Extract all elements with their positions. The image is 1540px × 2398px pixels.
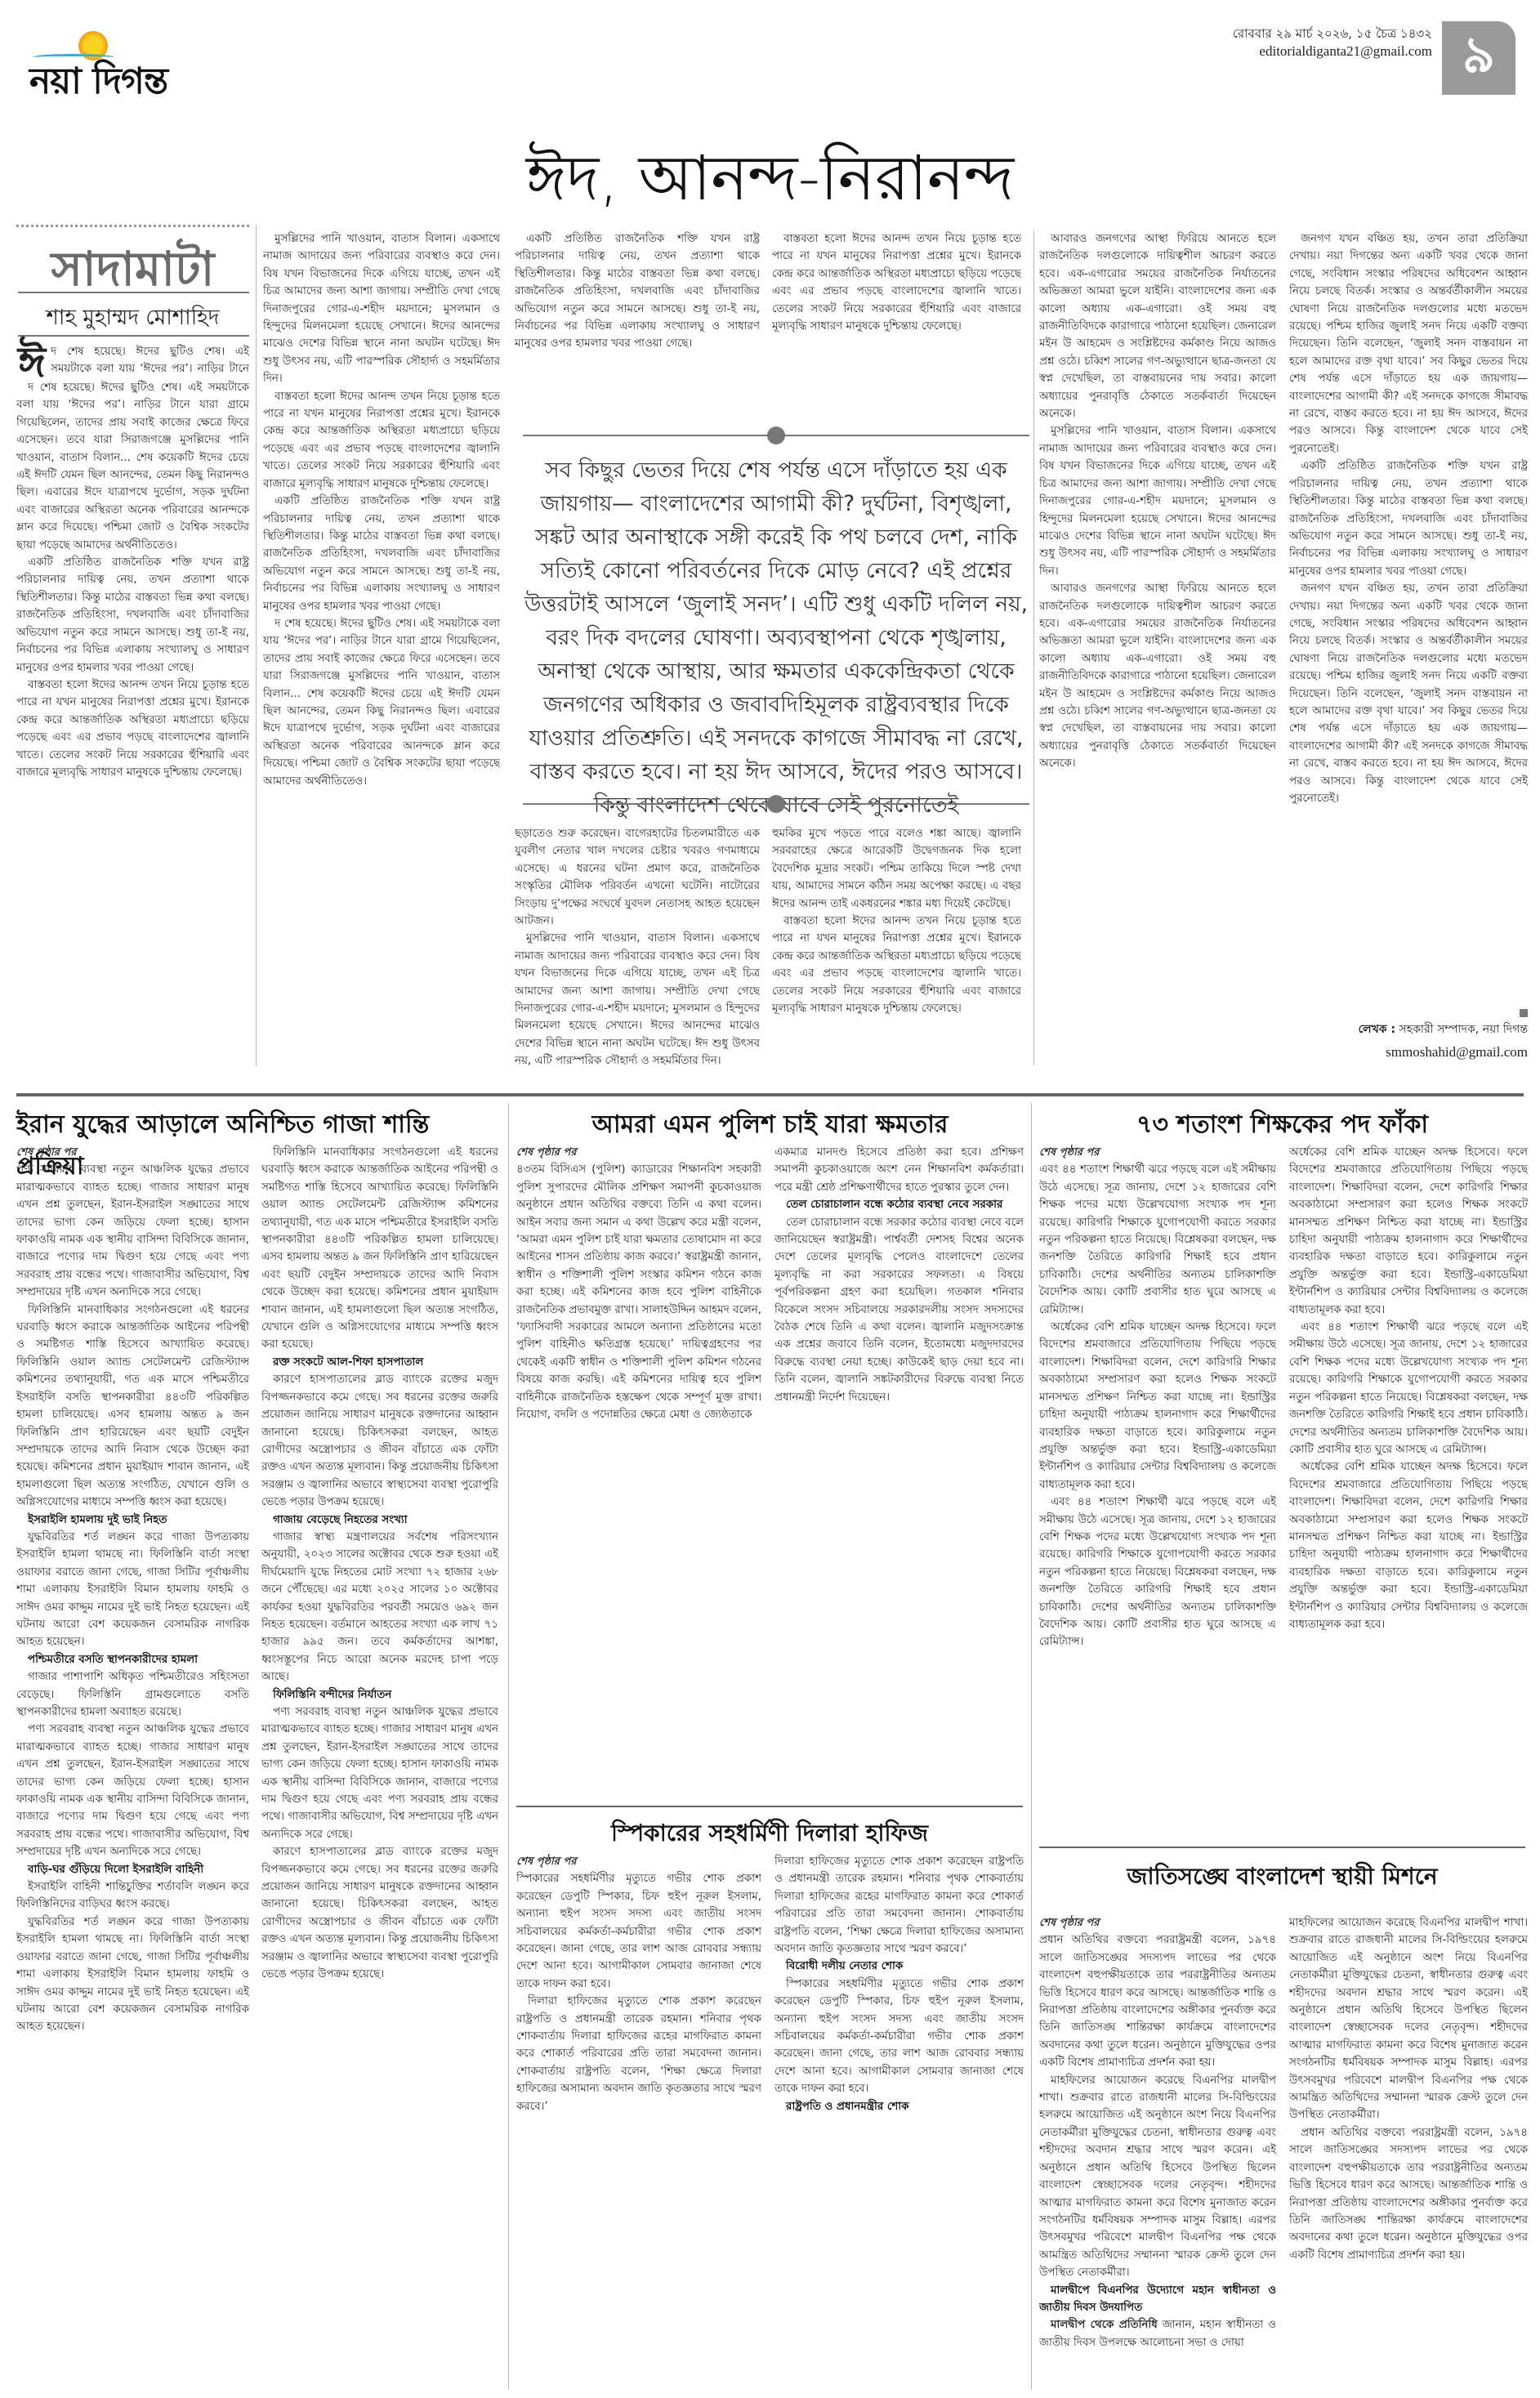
un-col1: শেষ পৃষ্ঠার পর প্রধান অতিথির বক্তব্যে পর… [1039, 1914, 1276, 2372]
teachers-col1: শেষ পৃষ্ঠার পর এবং ৪৪ শতাংশ শিক্ষার্থী ঝ… [1039, 1144, 1276, 1822]
subhead: তেল চোরাচালান বন্ধে কঠোর ব্যবস্থা নেবে স… [774, 1196, 1024, 1213]
logo-text: নয়া দিগন্ত [29, 54, 167, 114]
speaker-col2: দিলারা হাফিজের মৃত্যুতে শোক প্রকাশ করেছে… [774, 1853, 1024, 2390]
column-rule [1031, 1103, 1032, 2390]
police-col1: শেষ পৃষ্ঠার পর ৪৩তম বিসিএস (পুলিশ) ক্যাড… [516, 1144, 761, 1797]
section-divider [1039, 1847, 1525, 1848]
divider [18, 335, 249, 337]
editorial-body-col3: একটি প্রতিষ্ঠিত রাজনৈতিক শক্তি যখন রাষ্ট… [515, 230, 760, 418]
column-rule [1033, 230, 1034, 1065]
author-signoff: লেখক : সহকারী সম্পাদক, নয়া দিগন্ত [1289, 1007, 1528, 1039]
editorial-body-col4b: হুমকির মুখে পড়তে পারে বলেও শঙ্কা আছে। জ… [772, 825, 1021, 1065]
subhead: মালদ্বীপে বিএনপির উদ্যোগে মহান স্বাধীনতা… [1039, 2282, 1276, 2317]
dropcap: ঈ [18, 342, 46, 384]
author-name: শাহ মুহাম্মদ মোশাহিদ [16, 301, 249, 337]
section-divider [516, 1806, 1023, 1807]
subhead: রক্ত সংকটে আল-শিফা হাসপাতাল [261, 1354, 498, 1371]
subhead: বিরোধী দলীয় নেতার শোক [774, 1958, 1024, 1975]
editorial-headline: ঈদ, আনন্দ-নিরানন্দ [0, 131, 1540, 234]
editorial-email[interactable]: editorialdiganta21@gmail.com [1233, 42, 1432, 60]
editorial-body-col4: বাস্তবতা হলো ঈদের আনন্দ তখন নিয়ে চূড়ান… [772, 230, 1021, 418]
article-headline-police[interactable]: আমরা এমন পুলিশ চাই যারা ক্ষমতার [515, 1105, 1025, 1146]
subhead: রাষ্ট্রপতি ও প্রধানমন্ত্রীর শোক [774, 2098, 1024, 2115]
divider [18, 292, 249, 293]
subhead: বাড়ি-ঘর গুঁড়িয়ে দিলো ইসরাইলি বাহিনী [16, 1861, 249, 1878]
editorial-body-col3b: ছড়াতেও শুরু করেছেন। বাগেরহাটের চিতলমারী… [515, 825, 760, 1065]
editorial-body-col5: আবারও জনগণের আস্থা ফিরিয়ে আনতে হলে রাজন… [1039, 230, 1276, 1065]
pullquote-dot [767, 795, 785, 813]
editorial-body-col2: মুসল্লিদের পানি খাওয়ান, বাতাস বিলান। এক… [263, 230, 500, 1065]
gaza-col1: শেষ পৃষ্ঠার পর পণ্য সরবরাহ ব্যবস্থা নতুন… [16, 1144, 249, 2390]
un-col2: মাহফিলের আয়োজন করেছে বিএনপির মালদ্বীপ শ… [1289, 1914, 1528, 2372]
police-col2: একমাত্র মানদণ্ড হিসেবে প্রতিষ্ঠা করা হবে… [774, 1144, 1024, 1797]
editorial-body-col6: জনগণ যখন বঞ্চিত হয়, তখন তারা প্রতিক্রিয… [1289, 230, 1528, 998]
teachers-col2: অর্ধেকের বেশি শ্রমিক যাচ্ছেন অদক্ষ হিসেব… [1289, 1144, 1528, 1822]
end-mark-icon [1520, 1009, 1528, 1017]
dateline: রোববার ২৯ মার্চ ২০২৬, ১৫ চৈত্র ১৪৩২ edit… [1233, 25, 1432, 60]
column-rule [256, 225, 257, 1066]
dotted-divider [16, 225, 249, 227]
speaker-col1: শেষ পৃষ্ঠার পর স্পিকারের সহধর্মিণীর মৃত্… [516, 1853, 761, 2390]
issue-date: রোববার ২৯ মার্চ ২০২৬, ১৫ চৈত্র ১৪৩২ [1233, 25, 1432, 42]
article-headline-speaker-wife[interactable]: স্পিকারের সহধর্মিণী দিলারা হাফিজ [516, 1815, 1023, 1854]
section-divider [16, 1093, 1524, 1096]
newspaper-logo[interactable]: নয়া দিগন্ত [15, 23, 203, 88]
pullquote-dot [767, 426, 785, 444]
editorial-body-lead: দ শেষ হয়েছে। ঈদের ছুটিও শেষ। এই সময়টাক… [51, 343, 249, 379]
article-headline-teachers[interactable]: ৭৩ শতাংশ শিক্ষকের পদ ফাঁকা [1039, 1105, 1525, 1146]
subhead: গাজায় বেড়েছে নিহতের সংখ্যা [261, 1512, 498, 1529]
pullquote: সব কিছুর ভেতর দিয়ে শেষ পর্যন্ত এসে দাঁড… [523, 453, 1029, 822]
gaza-col2: ফিলিস্তিনি মানবাধিকার সংগঠনগুলো এই ধরনের… [261, 1144, 498, 2390]
editorial-body-col1: দ শেষ হয়েছে। ঈদের ছুটিও শেষ। এই সময়টাক… [16, 379, 249, 1065]
article-headline-un-mission[interactable]: জাতিসঙ্ঘে বাংলাদেশ স্থায়ী মিশনে [1039, 1859, 1525, 1897]
subhead: ফিলিস্তিনি বন্দীদের নির্যাতন [261, 1686, 498, 1704]
subhead: পশ্চিমতীরে বসতি স্থাপনকারীদের হামলা [16, 1651, 249, 1668]
page-number-badge: ৯ [1442, 21, 1515, 95]
subhead: ইসরাইলি হামলায় দুই ভাই নিহত [16, 1512, 249, 1529]
column-rule [508, 1103, 509, 2390]
author-email[interactable]: smmoshahid@gmail.com [1289, 1044, 1528, 1061]
